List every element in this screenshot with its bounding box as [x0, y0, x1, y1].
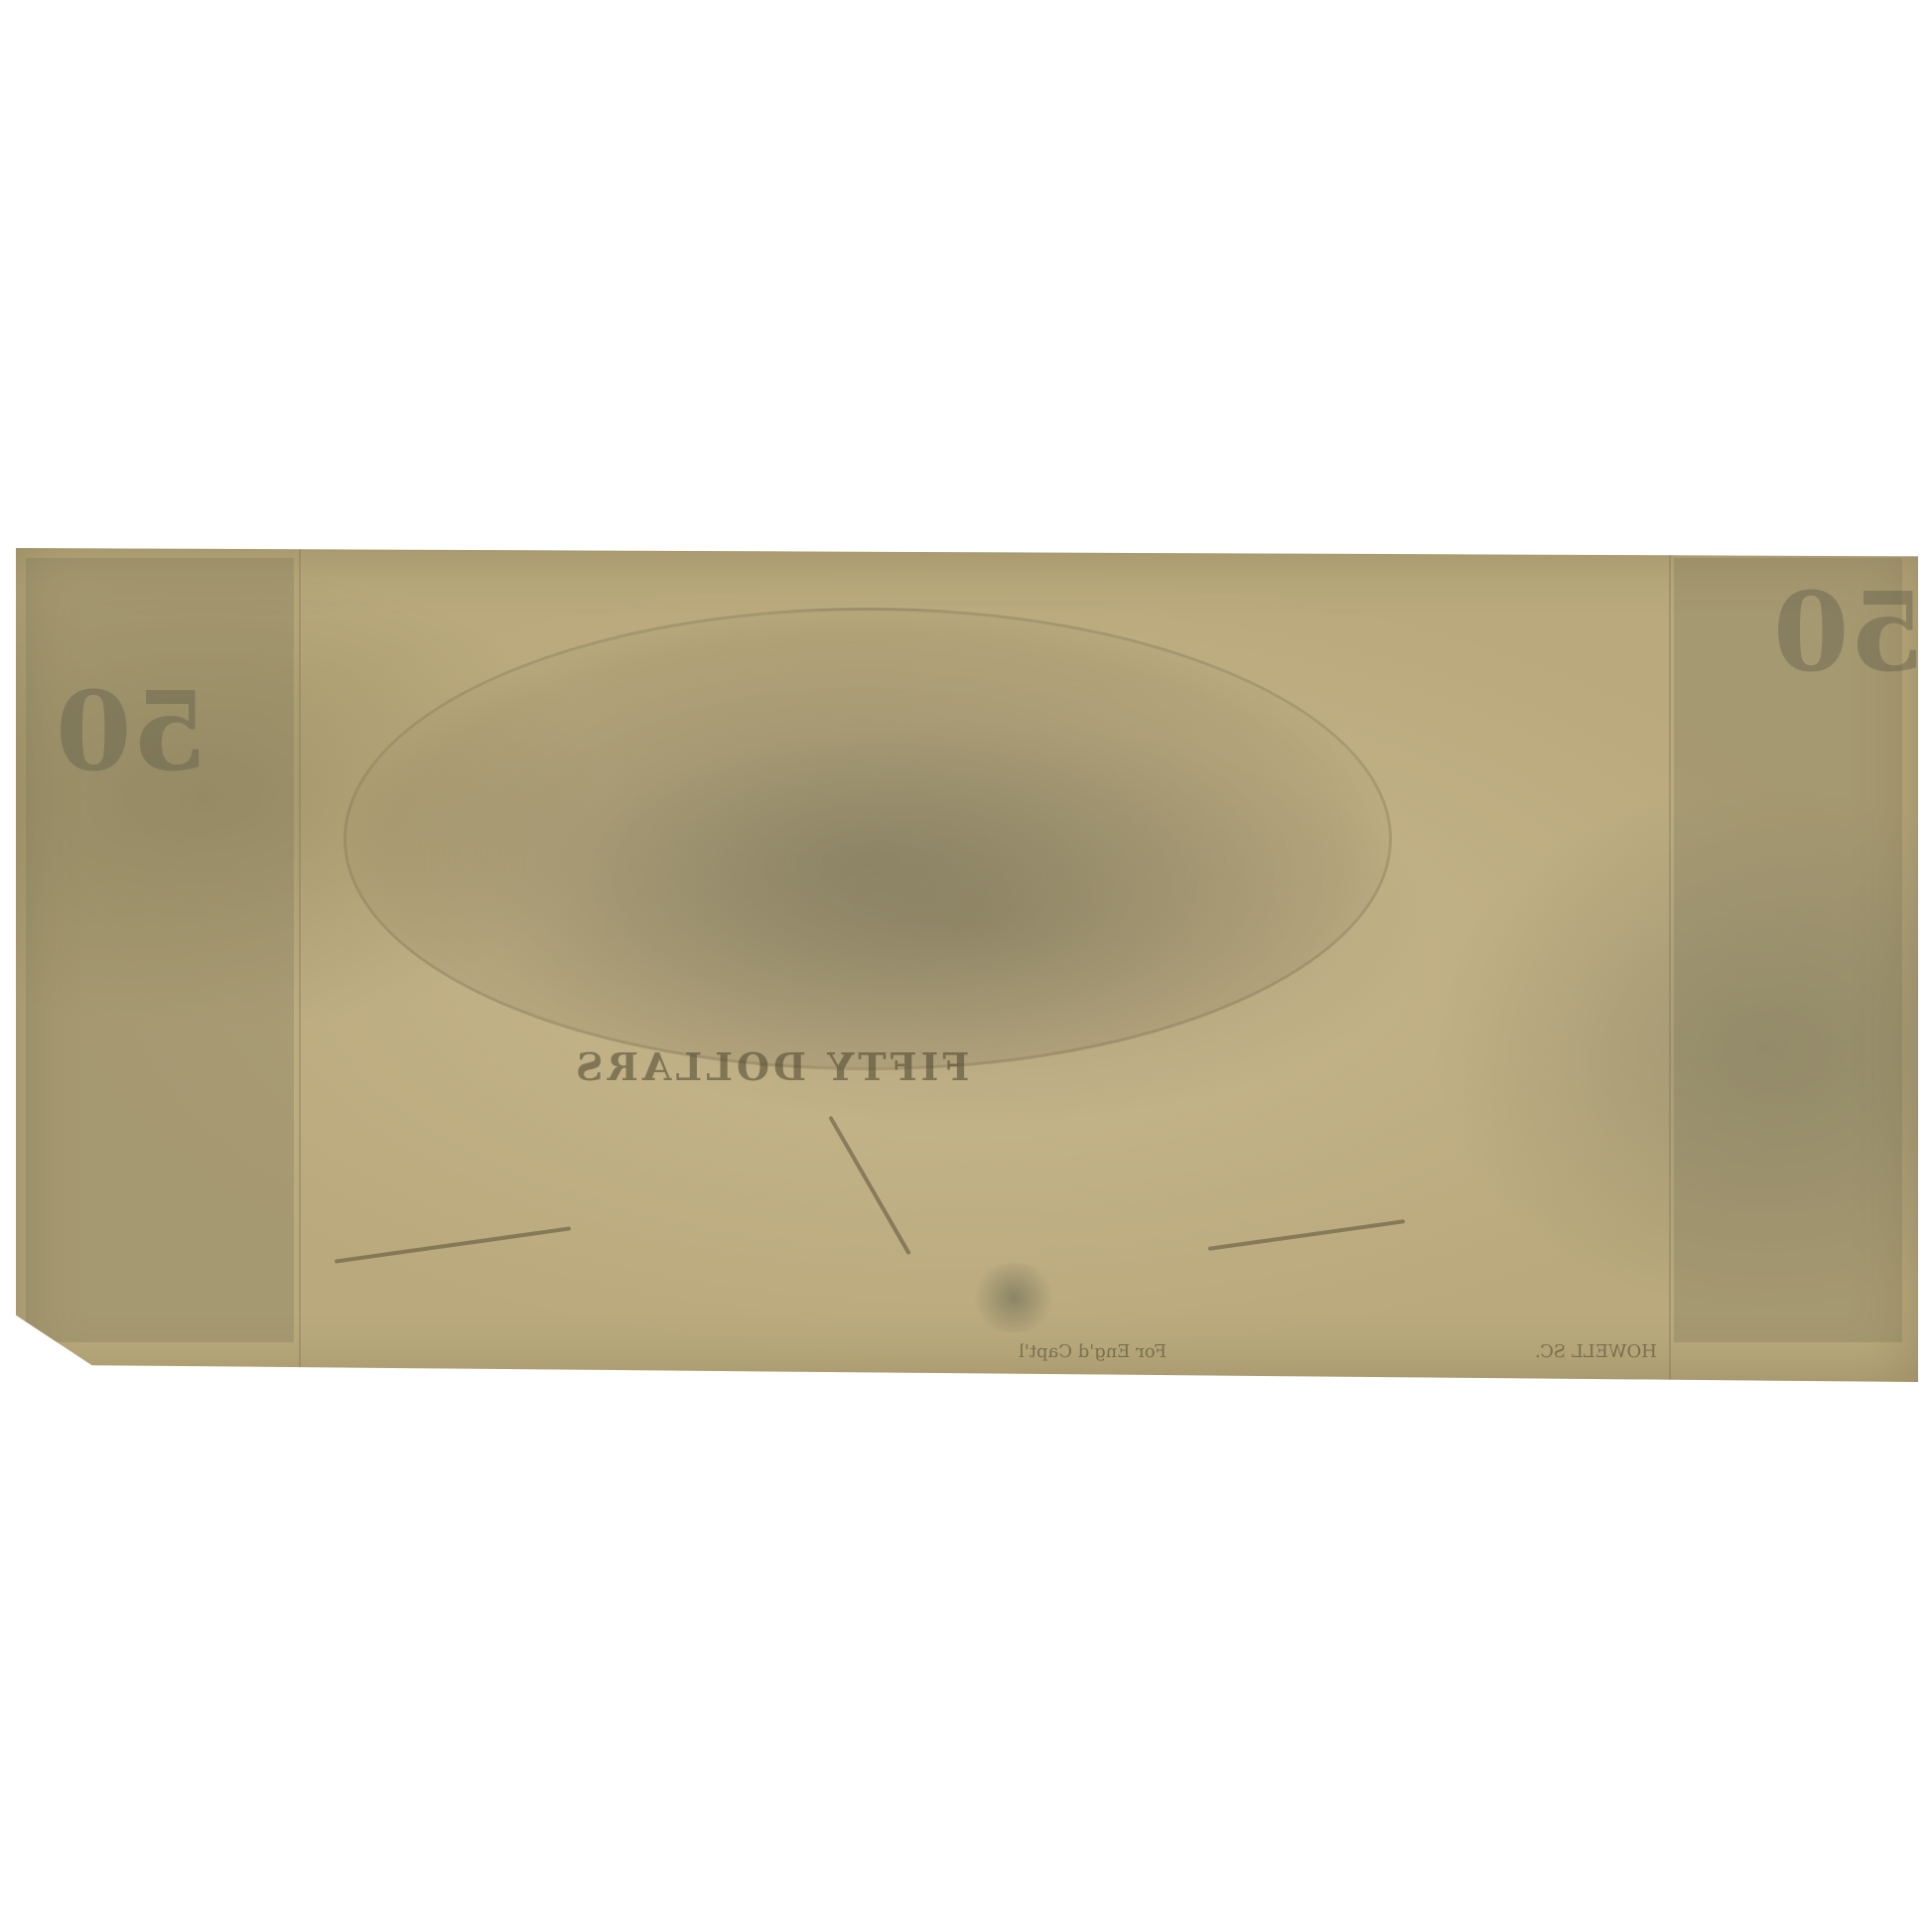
imprint-engraver: For Eng'd Capt'l	[1019, 1341, 1167, 1362]
banknote: 50 50 FIFTY DOLLARS For Eng'd Capt'l HOW…	[16, 548, 1918, 1382]
frame-line-right	[1669, 548, 1671, 1382]
signature-left	[335, 1226, 571, 1263]
signature-stroke	[828, 1116, 910, 1256]
central-vignette	[344, 608, 1392, 1070]
imprint-printer: HOWELL SC.	[1535, 1341, 1657, 1362]
signature-right	[1208, 1219, 1406, 1251]
seal-stamp	[969, 1263, 1058, 1332]
numeral-right: 50	[1773, 568, 1925, 696]
frame-line-left	[299, 548, 301, 1382]
denomination-text: FIFTY DOLLARS	[572, 1044, 969, 1089]
numeral-left: 50	[56, 667, 207, 795]
